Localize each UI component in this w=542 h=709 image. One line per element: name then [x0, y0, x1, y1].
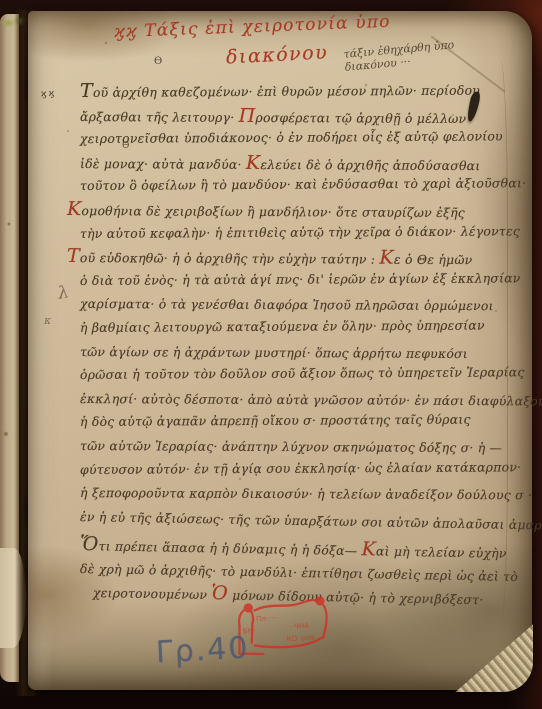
heading-annotation: τάξιν ἐθηχάρθη ὑπο διακόνου ···	[343, 38, 456, 74]
margin-mark-kappa: κ	[44, 314, 51, 327]
worn-corner	[453, 620, 533, 692]
ink-text: ὁ διὰ τοῦ ἑνὸς· ἡ τὰ αὐτὰ ἁγί πνς· δι' ἱ…	[80, 270, 521, 288]
shelfmark: Γρ.40	[155, 631, 250, 671]
theta-mark: ϴ	[154, 56, 162, 67]
text-line: ἡ ξεποφοροῦντα καρπὸν δικαιοσύν· ἡ τελεί…	[80, 481, 526, 507]
ink-text: ἡ βαθμίαις λειτουργῶ καταξιούμενα ἐν ὅλη…	[80, 317, 485, 334]
ink-text: οῦ ἀρχίθη καθεζομένων· ἐπὶ θυρῶν μέσον π…	[93, 83, 480, 100]
ink-text: ροσφέρεται τῷ ἀρχιθῇ ὁ μέλλων	[255, 110, 466, 126]
text-line: ὁρῶσαι ἡ τοῦτον τὸν δοῦλον σοῦ ἄξιον ὅπω…	[80, 360, 526, 386]
ink-text: τὴν αὐτοῦ κεφαλὴν· ἡ ἐπιτιθεὶς αὐτῷ τὴν …	[80, 223, 520, 241]
stamp-text-line3: ··ЧНА	[289, 622, 309, 631]
rubric-initial: Κ	[379, 247, 394, 269]
ink-text: ἄρξασθαι τῆς λειτουργ·	[80, 109, 239, 125]
ink-text: τῶν αὐτῶν Ἰεραρίας· ἀνάπτην λύχνον σκηνώ…	[80, 438, 502, 455]
text-line: ἐν ἡ εὐ τῆς ἀξιώσεως· τῆς τῶν ὑπαρξάτων …	[80, 505, 526, 537]
rubric-initial: Τ	[67, 245, 80, 267]
ink-text: οῦ εὐδοκηθῶ· ἡ ὁ ἀρχιθῆς τὴν εὐχὴν ταύτη…	[80, 250, 380, 267]
manuscript-photo: ϗϗ Τάξις ἐπὶ χειροτονία ὑπο διακόνου τάξ…	[0, 0, 542, 709]
rubric-title-line2: διακόνου	[225, 41, 328, 68]
text-line: τὴν αὐτοῦ κεφαλὴν· ἡ ἐπιτιθεὶς αὐτῷ τὴν …	[80, 219, 526, 245]
ink-text: χειροτονεῖσθαι ὑποδιάκονος· ὁ ἐν ποδήρει…	[80, 129, 503, 147]
kai-abbreviation-marks: ϗϗ	[41, 88, 57, 99]
text-line: ἡ βαθμίαις λειτουργῶ καταξιούμενα ἐν ὅλη…	[80, 313, 526, 339]
rubric-initial: Κ	[246, 152, 261, 174]
text-block: Τοῦ ἀρχίθη καθεζομένων· ἐπὶ θυρῶν μέσον …	[80, 80, 526, 604]
ink-text: τοῦτον ὃ ὀφείλων ἢ τὸ μανδύον· καὶ ἐνδύσ…	[80, 176, 526, 194]
ink-text: τι πρέπει ἅπασα ἡ ἡ δύναμις ἡ ἡ δόξα—	[98, 539, 361, 559]
text-line: φύτευσον αὐτόν· ἐν τῇ ἁγίᾳ σου ἐκκλησίᾳ·…	[80, 455, 526, 481]
text-line: τοῦτον ὃ ὀφείλων ἢ τὸ μανδύον· καὶ ἐνδύσ…	[80, 172, 526, 198]
stamp-text-line1: Пл·····	[256, 614, 277, 623]
ink-text: τῶν ἁγίων σε ἡ ἀχράντων μυστηρί· ὅπως ἀρ…	[80, 344, 468, 361]
ink-text: αὶ μὴ τελείαν εὐχὴν	[376, 544, 507, 561]
ink-text: Τ	[80, 80, 93, 102]
ink-text: χειροτονουμένων	[93, 585, 212, 602]
text-line: ὁ διὰ τοῦ ἑνὸς· ἡ τὰ αὐτὰ ἁγί πνς· δι' ἱ…	[80, 266, 526, 292]
text-line: Τοῦ ἀρχίθη καθεζομένων· ἐπὶ θυρῶν μέσον …	[80, 77, 526, 103]
ink-text: χαρίσματα· ὁ τὰ γενέσθαι διαφόρα Ἰησοῦ π…	[80, 296, 494, 313]
ink-text: ομοθήνια δὲ χειριβοξίων ἢ μανδήλιον· ὅτε…	[81, 203, 465, 220]
ink-text: ἐκκλησί· αὐτὸς δέσποτα· ἀπὸ αὐτὰ γνῶσον …	[80, 391, 542, 408]
ink-text: φύτευσον αὐτόν· ἐν τῇ ἁγίᾳ σου ἐκκλησίᾳ·…	[80, 459, 521, 477]
margin-mark-lambda: λ	[56, 282, 70, 304]
ink-text: Ὅ	[80, 533, 99, 555]
ink-text: ἰδὲ μοναχ· αὐτὰ μανδύα·	[80, 156, 246, 172]
text-line: ἡ δὸς αὐτῷ ἀγαπᾶν ἀπρεπῇ οἴκου σ· προστά…	[80, 408, 526, 434]
rubric-initial: Κ	[361, 538, 376, 560]
manuscript-page: ϗϗ Τάξις ἐπὶ χειροτονία ὑπο διακόνου τάξ…	[28, 11, 532, 690]
ink-text: ὁρῶσαι ἡ τοῦτον τὸν δοῦλον σοῦ ἄξιον ὅπω…	[80, 364, 525, 382]
ink-text: ε ὁ Θε ἡμῶν	[394, 252, 473, 267]
ink-text: ελεύει δὲ ὁ ἀρχιθῆς ἀποδύσασθαι	[260, 157, 480, 173]
text-line: χειροτονεῖσθαι ὑποδιάκονος· ὁ ἐν ποδήρει…	[80, 124, 526, 150]
ink-text: ἡ ξεποφοροῦντα καρπὸν δικαιοσύν· ἡ τελεί…	[80, 485, 532, 502]
ink-text: ἡ δὸς αὐτῷ ἀγαπᾶν ἀπρεπῇ οἴκου σ· προστά…	[80, 412, 471, 429]
rubric-initial: Π	[239, 104, 256, 126]
ink-text: ἐν ἡ εὐ τῆς ἀξιώσεως· τῆς τῶν ὑπαρξάτων …	[80, 509, 542, 533]
rubric-title-line1: ϗϗ Τάξις ἐπὶ χειροτονία ὑπο	[114, 12, 391, 43]
rubric-initial: Κ	[67, 198, 82, 220]
